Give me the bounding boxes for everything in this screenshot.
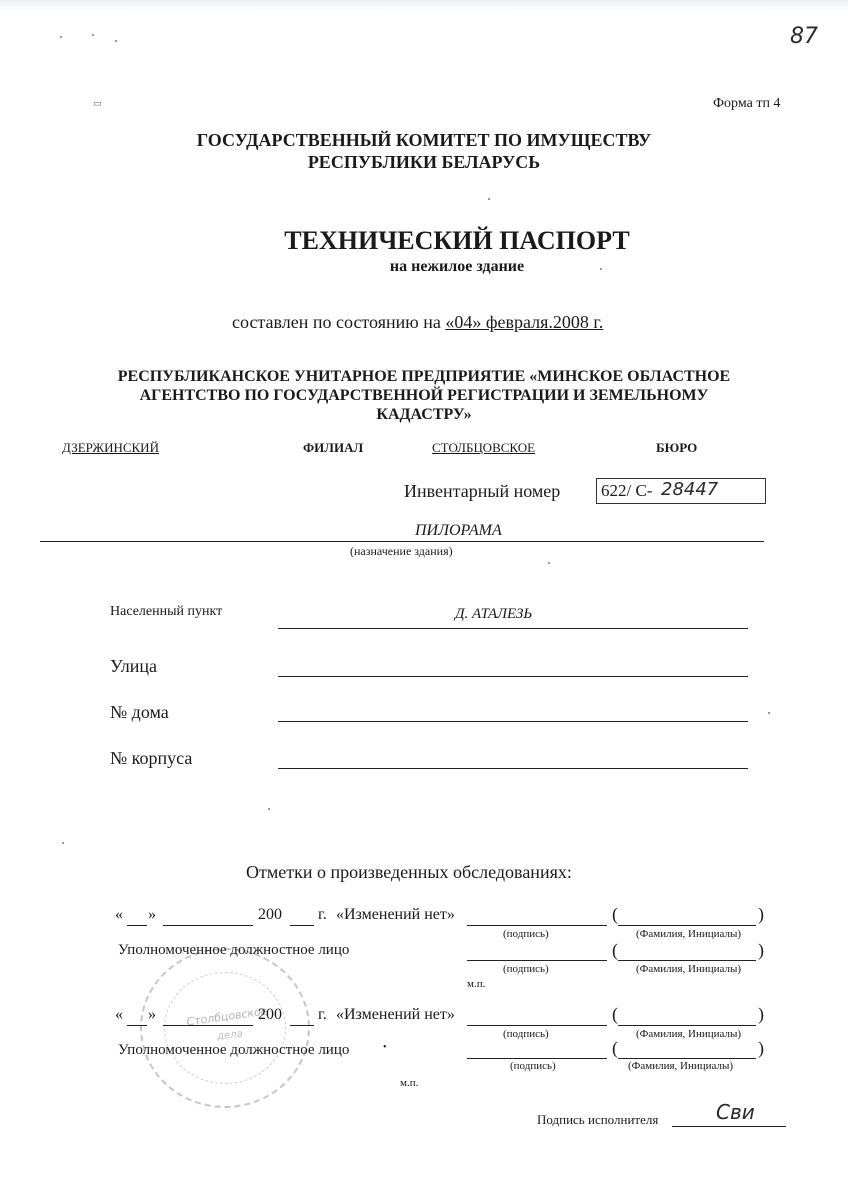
inspection-2-year-field[interactable] [290, 1025, 314, 1026]
inspection-2-name-field[interactable] [618, 1025, 756, 1026]
inspection-1-day-field[interactable] [127, 925, 147, 926]
inspection-2-name-paren-close: ) [758, 1004, 764, 1025]
inventory-label: Инвентарный номер [404, 481, 560, 502]
inspection-1-year-prefix: 200 [258, 906, 282, 924]
form-label: Форма тп 4 [713, 96, 780, 112]
inspection-1-seal-label: м.п. [467, 978, 485, 990]
executor-signature-label: Подпись исполнителя [537, 1112, 658, 1128]
branch-label: ФИЛИАЛ [303, 440, 363, 456]
purpose-underline [40, 541, 764, 542]
state-date-value: «04» февраля.2008 г. [445, 312, 603, 332]
inventory-prefix: 622/ С- [601, 481, 652, 501]
inspection-2-name-caption: (Фамилия, Инициалы) [636, 1028, 741, 1040]
scan-speck [268, 808, 270, 810]
inspection-2-day-field[interactable] [127, 1025, 147, 1026]
inspection-1-official-signature-field[interactable] [467, 960, 607, 961]
branch-name: ДЗЕРЖИНСКИЙ [62, 440, 159, 456]
house-number-label: № дома [110, 702, 169, 723]
inspection-1-date-close: » [148, 906, 156, 924]
inspection-1-official-name-caption: (Фамилия, Инициалы) [636, 963, 741, 975]
scan-speck [768, 712, 770, 714]
inspection-1-name-field[interactable] [618, 925, 756, 926]
inspection-2-official-name-caption: (Фамилия, Инициалы) [628, 1060, 733, 1072]
settlement-label: Населенный пункт [110, 604, 222, 620]
enterprise-line-1: РЕСПУБЛИКАНСКОЕ УНИТАРНОЕ ПРЕДПРИЯТИЕ «М… [0, 368, 848, 386]
building-purpose-caption: (назначение здания) [350, 544, 453, 559]
inspection-1-date-open: « [115, 906, 123, 924]
document-title: ТЕХНИЧЕСКИЙ ПАСПОРТ [0, 226, 848, 256]
inspection-1-name-paren-close: ) [758, 904, 764, 925]
executor-signature-line[interactable] [672, 1126, 786, 1127]
bureau-name: СТОЛБЦОВСКОЕ [432, 440, 535, 456]
inspection-2-month-field[interactable] [163, 1025, 253, 1026]
scan-speck [62, 842, 64, 844]
settlement-value[interactable]: Д. АТАЛЕЗЬ [455, 606, 532, 623]
header-line-1: ГОСУДАРСТВЕННЫЙ КОМИТЕТ ПО ИМУЩЕСТВУ [0, 130, 848, 151]
inspection-1-official-label: Уполномоченное должностное лицо [118, 942, 349, 959]
street-field-line [278, 676, 748, 677]
state-date-line: составлен по состоянию на «04» февраля.2… [232, 312, 603, 333]
executor-signature-handwritten: Сви [716, 1100, 755, 1124]
inspection-2-official-signature-caption: (подпись) [510, 1060, 556, 1072]
building-number-label: № корпуса [110, 748, 192, 769]
inspection-2-signature-field[interactable] [467, 1025, 607, 1026]
enterprise-line-2: АГЕНТСТВО ПО ГОСУДАРСТВЕННОЙ РЕГИСТРАЦИИ… [0, 387, 848, 405]
street-label: Улица [110, 656, 157, 677]
document-page: ▭ 87 Форма тп 4 ГОСУДАРСТВЕННЫЙ КОМИТЕТ … [0, 0, 848, 1200]
header-line-2: РЕСПУБЛИКИ БЕЛАРУСЬ [0, 152, 848, 173]
page-number-handwritten: 87 [790, 24, 818, 49]
building-number-field-line [278, 768, 748, 769]
inspection-2-official-label: Уполномоченное должностное лицо [118, 1042, 349, 1059]
inspection-2-name-paren-open: ( [612, 1004, 618, 1025]
inspection-2-year-prefix: 200 [258, 1006, 282, 1024]
scan-speck [60, 36, 62, 38]
inspection-1-status: «Изменений нет» [336, 906, 455, 924]
state-date-prefix: составлен по состоянию на [232, 312, 441, 332]
inspection-2-date-open: « [115, 1006, 123, 1024]
inspection-1-signature-caption: (подпись) [503, 928, 549, 940]
inspection-1-year-field[interactable] [290, 925, 314, 926]
inspection-1-signature-field[interactable] [467, 925, 607, 926]
inspections-heading: Отметки о произведенных обследованиях: [246, 862, 572, 883]
scan-speck [548, 562, 550, 564]
bullet-mark: • [383, 1042, 387, 1053]
inspection-2-signature-caption: (подпись) [503, 1028, 549, 1040]
settlement-field-line [278, 628, 748, 629]
bureau-label: БЮРО [656, 440, 697, 456]
scan-speck [488, 198, 490, 200]
building-purpose-value: ПИЛОРАМА [415, 522, 502, 540]
inspection-1-month-field[interactable] [163, 925, 253, 926]
inspection-2-date-close: » [148, 1006, 156, 1024]
house-number-field-line [278, 721, 748, 722]
small-mark-icon: ▭ [93, 99, 102, 109]
inspection-2-official-paren-close: ) [758, 1038, 764, 1059]
inspection-1-year-suffix: г. [318, 906, 327, 924]
document-subtitle: на нежилое здание [0, 258, 848, 276]
official-seal-stamp: Столбцовское дела [140, 948, 310, 1108]
inspection-1-official-paren-close: ) [758, 940, 764, 961]
inspection-1-official-signature-caption: (подпись) [503, 963, 549, 975]
inspection-1-name-caption: (Фамилия, Инициалы) [636, 928, 741, 940]
inspection-2-status: «Изменений нет» [336, 1006, 455, 1024]
inventory-number-box: 622/ С- 28447 [596, 478, 766, 504]
inspection-2-official-signature-field[interactable] [467, 1058, 607, 1059]
scan-speck [115, 40, 117, 42]
inspection-2-year-suffix: г. [318, 1006, 327, 1024]
inspection-1-official-name-field[interactable] [618, 960, 756, 961]
enterprise-line-3: КАДАСТРУ» [0, 406, 848, 424]
inspection-2-official-paren-open: ( [612, 1038, 618, 1059]
scan-speck [92, 34, 94, 36]
inspection-2-seal-label: м.п. [400, 1077, 418, 1089]
inspection-1-official-paren-open: ( [612, 940, 618, 961]
inspection-1-name-paren-open: ( [612, 904, 618, 925]
inspection-2-official-name-field[interactable] [618, 1058, 756, 1059]
inventory-handwritten-number: 28447 [661, 479, 718, 500]
